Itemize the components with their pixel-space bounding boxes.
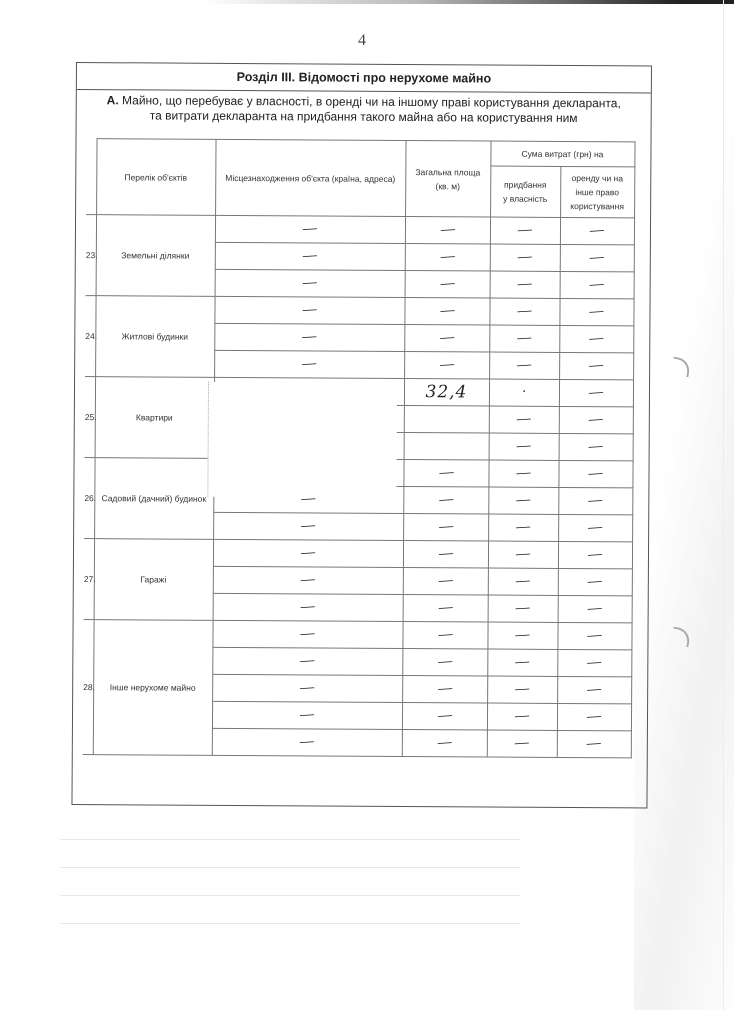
cell-area: —	[404, 352, 489, 380]
cell-area: —	[404, 298, 489, 326]
handwritten-dash: —	[586, 736, 601, 753]
handwritten-value: 32,4	[425, 382, 467, 402]
category-name: Садовий (дачний) будинок	[94, 458, 213, 540]
handwritten-dash: —	[440, 276, 455, 293]
header-expenses-group: Сума витрат (грн) на	[490, 141, 634, 167]
table-row: 28.Інше нерухоме майно————	[83, 620, 631, 650]
cell-rent: —	[558, 568, 632, 595]
handwritten-dash: —	[302, 356, 317, 373]
cell-purchase: —	[490, 271, 560, 298]
handwritten-dash: —	[439, 303, 454, 320]
bleed-through-lines	[60, 812, 520, 942]
handwritten-dash: —	[515, 600, 530, 617]
cell-location: —	[212, 728, 402, 756]
cell-area: —	[405, 244, 490, 272]
header-num	[86, 139, 96, 215]
cell-location: —	[215, 215, 405, 243]
header-area: Загальна площа (кв. м)	[405, 141, 490, 218]
section-title: Розділ ІІІ. Відомості про нерухоме майно	[77, 63, 651, 94]
handwritten-dash: —	[517, 303, 532, 320]
cell-purchase: —	[487, 622, 557, 649]
cell-purchase: —	[487, 730, 557, 757]
cell-purchase: —	[488, 568, 558, 595]
header-objects: Перелік об'єктів	[96, 139, 215, 216]
category-name: Житлові будинки	[95, 296, 214, 378]
handwritten-dash: —	[437, 654, 452, 671]
handwritten-dash: —	[589, 331, 604, 348]
handwritten-dash: —	[516, 492, 531, 509]
cell-location: —	[212, 620, 402, 648]
handwritten-dash: —	[515, 573, 530, 590]
handwritten-dash: —	[438, 465, 453, 482]
handwritten-dash: —	[587, 682, 602, 699]
cell-location: —	[214, 350, 404, 378]
handwritten-dash: —	[299, 734, 314, 751]
category-number: 27.	[84, 539, 94, 620]
handwritten-dash: —	[438, 573, 453, 590]
category-name: Інше нерухоме майно	[93, 620, 213, 756]
cell-rent: —	[558, 541, 632, 568]
cell-area: —	[402, 622, 487, 650]
cell-location: —	[212, 647, 402, 675]
handwritten-dash: —	[587, 709, 602, 726]
cell-rent: —	[558, 460, 632, 487]
handwritten-dash: —	[438, 600, 453, 617]
handwritten-dash: —	[589, 223, 604, 240]
cell-rent: —	[557, 622, 631, 649]
cell-area: —	[403, 487, 488, 515]
cell-purchase: —	[490, 244, 560, 271]
handwritten-dash: —	[589, 358, 604, 375]
cell-purchase: —	[489, 406, 559, 433]
handwritten-dash: —	[302, 329, 317, 346]
cell-purchase: —	[488, 487, 558, 514]
cell-rent: —	[558, 514, 632, 541]
handwritten-dash: —	[439, 330, 454, 347]
cell-area: —	[404, 325, 489, 353]
handwritten-dash: —	[588, 493, 603, 510]
category-number: 24.	[85, 296, 95, 377]
category-name: Гаражі	[94, 539, 213, 621]
handwritten-dash: —	[437, 681, 452, 698]
cell-rent: —	[558, 487, 632, 514]
handwritten-dash: —	[440, 249, 455, 266]
cell-location: —	[215, 242, 405, 270]
handwritten-dash: —	[516, 465, 531, 482]
category-number: 25.	[85, 377, 95, 458]
cell-location: —	[215, 269, 405, 297]
cell-purchase: —	[489, 433, 559, 460]
cell-purchase: —	[487, 703, 557, 730]
cell-area: —	[405, 217, 490, 245]
handwritten-dash: —	[515, 708, 530, 725]
scan-page-edge	[723, 0, 724, 1010]
cell-area: —	[403, 595, 488, 623]
cell-rent: —	[559, 298, 633, 325]
redacted-address-area	[207, 382, 397, 498]
cell-purchase: —	[487, 676, 557, 703]
cell-purchase: —	[488, 595, 558, 622]
handwritten-dash: —	[587, 601, 602, 618]
handwritten-dash: —	[588, 412, 603, 429]
handwritten-dash: —	[515, 627, 530, 644]
category-name: Земельні ділянки	[96, 215, 215, 297]
cell-rent: —	[559, 352, 633, 379]
handwritten-dash: —	[517, 276, 532, 293]
handwritten-dash: —	[438, 492, 453, 509]
handwritten-dash: —	[587, 574, 602, 591]
handwritten-dash: —	[302, 275, 317, 292]
handwritten-dash: —	[301, 518, 316, 535]
handwritten-dash: —	[514, 735, 529, 752]
handwritten-dash: —	[300, 707, 315, 724]
cell-purchase: —	[489, 298, 559, 325]
table-row: 24.Житлові будинки————	[85, 296, 633, 326]
cell-rent: —	[557, 649, 631, 676]
handwritten-dash: —	[300, 599, 315, 616]
handwritten-dash: —	[515, 654, 530, 671]
cell-area: —	[402, 703, 487, 731]
page-number: 4	[358, 32, 366, 50]
handwritten-dash: —	[588, 520, 603, 537]
cell-rent: —	[559, 325, 633, 352]
cell-rent: —	[559, 379, 633, 406]
handwritten-dash: —	[517, 357, 532, 374]
header-rent: оренду чи на інше право користування	[560, 166, 634, 217]
category-number: 23.	[86, 215, 96, 296]
handwritten-dash: —	[516, 438, 531, 455]
cell-location: —	[213, 539, 403, 567]
handwritten-dash: —	[439, 357, 454, 374]
cell-area	[404, 433, 489, 461]
header-location: Місцезнаходження об'єкта (країна, адреса…	[215, 139, 405, 216]
handwritten-dash: —	[589, 304, 604, 321]
declaration-section-box: Розділ ІІІ. Відомості про нерухоме майно…	[71, 62, 652, 809]
handwritten-dash: —	[300, 653, 315, 670]
cell-rent: —	[560, 244, 634, 271]
handwritten-dash: —	[302, 221, 317, 238]
cell-area: —	[402, 676, 487, 704]
cell-purchase: ·	[489, 379, 559, 406]
cell-area: 32,4	[404, 379, 489, 407]
cell-area: —	[403, 568, 488, 596]
handwritten-dash: —	[517, 222, 532, 239]
cell-location: —	[213, 512, 403, 540]
cell-location: —	[212, 674, 402, 702]
handwritten-dash: —	[517, 249, 532, 266]
cell-rent: —	[559, 406, 633, 433]
handwritten-dash: —	[588, 439, 603, 456]
cell-location: —	[214, 323, 404, 351]
cell-area: —	[405, 271, 490, 299]
cell-rent: —	[560, 217, 634, 244]
cell-purchase: —	[490, 217, 560, 244]
handwritten-dash: —	[515, 681, 530, 698]
handwritten-dash: —	[588, 466, 603, 483]
handwritten-dash: —	[438, 627, 453, 644]
cell-area: —	[402, 730, 487, 758]
handwritten-dash: —	[300, 626, 315, 643]
handwritten-dash: —	[587, 628, 602, 645]
cell-location: —	[212, 701, 402, 729]
handwritten-dash: —	[588, 547, 603, 564]
handwritten-dash: —	[300, 572, 315, 589]
subtitle-line-2: та витрати декларанта на придбання таког…	[150, 108, 578, 125]
handwritten-dash: —	[516, 519, 531, 536]
cell-purchase: —	[488, 541, 558, 568]
handwritten-dash: —	[516, 411, 531, 428]
cell-area: —	[403, 541, 488, 569]
handwritten-dash: ·	[521, 385, 527, 401]
cell-rent: —	[557, 703, 631, 730]
handwritten-dash: —	[516, 546, 531, 563]
header-purchase: придбання у власність	[490, 166, 560, 217]
cell-purchase: —	[489, 325, 559, 352]
table-row: 23.Земельні ділянки————	[86, 215, 634, 245]
handwritten-dash: —	[589, 250, 604, 267]
cell-rent: —	[559, 433, 633, 460]
cell-purchase: —	[489, 352, 559, 379]
cell-location: —	[213, 566, 403, 594]
handwritten-dash: —	[438, 546, 453, 563]
handwritten-dash: —	[302, 302, 317, 319]
table-row: 27.Гаражі————	[84, 539, 632, 569]
handwritten-dash: —	[589, 277, 604, 294]
handwritten-dash: —	[302, 248, 317, 265]
cell-rent: —	[558, 595, 632, 622]
handwritten-dash: —	[301, 545, 316, 562]
handwritten-dash: —	[587, 655, 602, 672]
cell-purchase: —	[488, 460, 558, 487]
category-number: 26.	[84, 458, 94, 539]
handwritten-dash: —	[438, 519, 453, 536]
handwritten-dash: —	[437, 735, 452, 752]
cell-purchase: —	[487, 649, 557, 676]
handwritten-dash: —	[300, 680, 315, 697]
cell-location: —	[214, 296, 404, 324]
handwritten-dash: —	[437, 708, 452, 725]
subtitle-prefix: А.	[107, 93, 119, 107]
cell-rent: —	[560, 271, 634, 298]
cell-rent: —	[557, 730, 631, 757]
handwritten-dash: —	[588, 385, 603, 402]
handwritten-dash: —	[440, 222, 455, 239]
cell-area	[404, 406, 489, 434]
category-name: Квартири	[95, 377, 214, 459]
cell-area: —	[403, 514, 488, 542]
cell-area: —	[403, 460, 488, 488]
cell-rent: —	[557, 676, 631, 703]
cell-purchase: —	[488, 514, 558, 541]
handwritten-dash: —	[517, 330, 532, 347]
cell-area: —	[402, 649, 487, 677]
cell-location: —	[213, 593, 403, 621]
section-subtitle: А. Майно, що перебуває у власності, в ор…	[77, 93, 651, 127]
